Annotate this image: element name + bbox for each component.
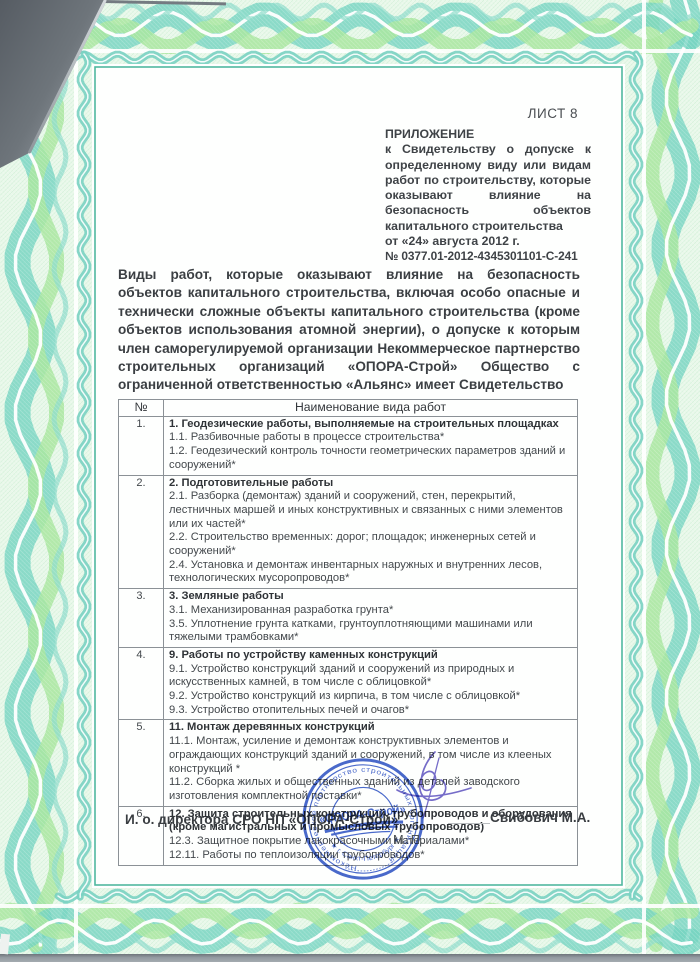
work-category: 3. Земляные работы [169, 590, 572, 604]
work-category: 11. Монтаж деревянных конструкций [169, 721, 572, 735]
work-item: 1.1. Разбивочные работы в процессе строи… [169, 431, 572, 445]
work-item: 2.1. Разборка (демонтаж) зданий и сооруж… [169, 490, 572, 531]
work-category: 9. Работы по устройству каменных констру… [169, 649, 572, 663]
row-works: 3. Земляные работы3.1. Механизированная … [164, 589, 578, 648]
work-item: 1.2. Геодезический контроль точности гео… [169, 445, 572, 472]
work-item: 9.1. Устройство конструкций зданий и соо… [169, 663, 572, 690]
row-number: 1. [119, 416, 164, 475]
appendix-number: № 0377.01-2012-4345301101-С-241 [385, 249, 591, 264]
scanned-certificate-page: ЛИСТ 8 ПРИЛОЖЕНИЕ к Свидетельству о допу… [0, 0, 700, 962]
work-item: 2.4. Установка и демонтаж инвентарных на… [169, 559, 572, 586]
work-item: 9.3. Устройство отопительных печей и оча… [169, 704, 572, 718]
row-works: 1. Геодезические работы, выполняемые на … [164, 416, 578, 475]
scanner-edge-bottom [0, 954, 700, 962]
appendix-body: к Свидетельству о допуске к определенном… [385, 142, 591, 234]
table-row: 4.9. Работы по устройству каменных конст… [119, 647, 578, 720]
sheet-label: ЛИСТ 8 [528, 106, 578, 121]
row-number: 2. [119, 475, 164, 589]
signature-scribble [383, 746, 478, 841]
row-works: 2. Подготовительные работы2.1. Разборка … [164, 475, 578, 589]
work-category: 1. Геодезические работы, выполняемые на … [169, 418, 572, 432]
appendix-title: ПРИЛОЖЕНИЕ [385, 127, 591, 142]
table-header-row: № Наименование вида работ [119, 400, 578, 417]
work-item: 3.5. Уплотнение грунта катками, грунтоуп… [169, 618, 572, 645]
table-row: 2.2. Подготовительные работы2.1. Разборк… [119, 475, 578, 589]
work-item: 3.1. Механизированная разработка грунта* [169, 604, 572, 618]
intro-paragraph: Виды работ, которые оказывают влияние на… [118, 266, 580, 395]
appendix-date: от «24» августа 2012 г. [385, 234, 591, 249]
row-works: 9. Работы по устройству каменных констру… [164, 647, 578, 720]
table-row: 1.1. Геодезические работы, выполняемые н… [119, 416, 578, 475]
col-header-name: Наименование вида работ [164, 400, 578, 417]
table-row: 3.3. Земляные работы3.1. Механизированна… [119, 589, 578, 648]
signatory-name: Свибович М.А. [490, 810, 590, 825]
work-item: 2.2. Строительство временных: дорог; пло… [169, 531, 572, 558]
row-number: 3. [119, 589, 164, 648]
appendix-header: ПРИЛОЖЕНИЕ к Свидетельству о допуске к о… [385, 127, 591, 265]
row-number: 5. [119, 720, 164, 806]
row-number: 4. [119, 647, 164, 720]
work-category: 2. Подготовительные работы [169, 477, 572, 491]
work-item: 9.2. Устройство конструкций из кирпича, … [169, 690, 572, 704]
col-header-num: № [119, 400, 164, 417]
